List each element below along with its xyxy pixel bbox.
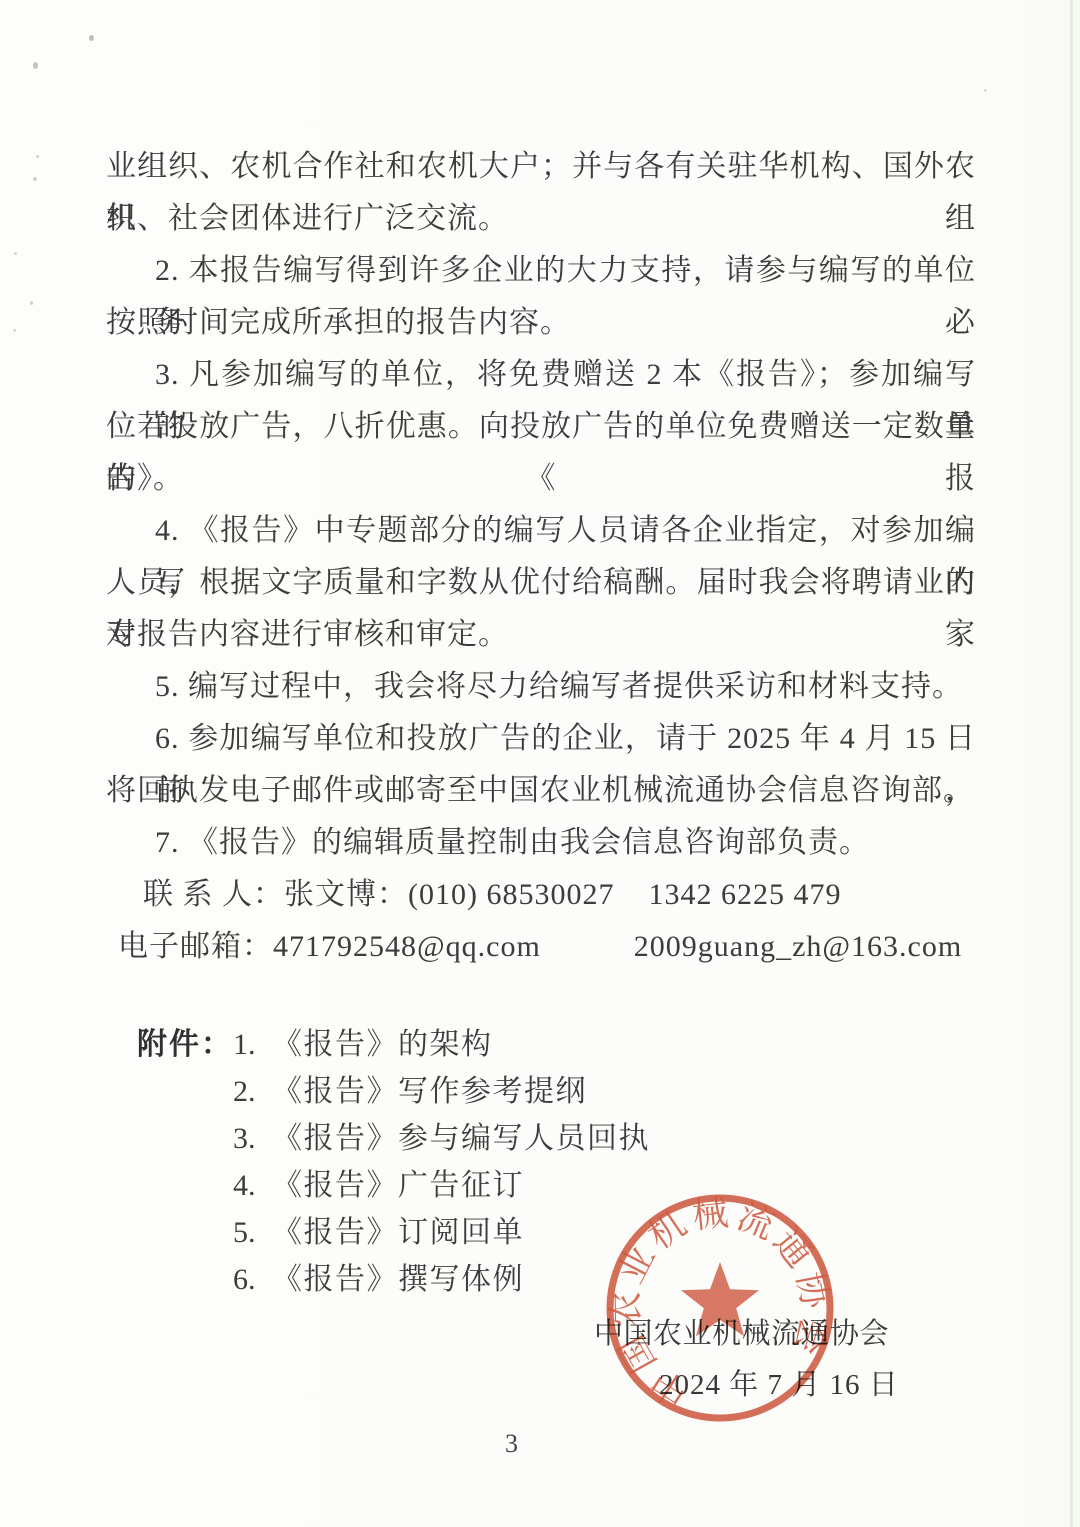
body-line: 5. 编写过程中，我会将尽力给编写者提供采访和材料支持。 [106, 661, 976, 713]
body-line: 2. 本报告编写得到许多企业的大力支持，请参与编写的单位务必 [106, 245, 976, 297]
attachment-number: 1. [233, 1021, 256, 1068]
attachment-title: 《报告》写作参考提纲 [272, 1068, 587, 1115]
body-line: 位若投放广告，八折优惠。向投放广告的单位免费赠送一定数量的《报 [106, 401, 976, 453]
scan-speck [89, 35, 94, 41]
attachment-title: 《报告》的架构 [272, 1021, 493, 1068]
attachments-label: 附件： [137, 1021, 233, 1068]
scan-speck [33, 177, 37, 181]
body-line: 业组织、农机合作社和农机大户；并与各有关驻华机构、国外农机组 [106, 141, 976, 193]
attachment-item: 附件：1.《报告》的架构 [106, 1021, 746, 1068]
body-line: 电子邮箱：471792548@qq.com 2009guang_zh@163.c… [106, 921, 976, 973]
attachment-title: 《报告》参与编写人员回执 [272, 1115, 650, 1162]
attachment-title: 《报告》撰写体例 [272, 1256, 524, 1303]
scan-speck [984, 89, 987, 92]
body-line: 联 系 人：张文博：(010) 68530027 1342 6225 479 [106, 869, 976, 921]
seal-star-icon [681, 1262, 759, 1336]
scanned-document-page: 业组织、农机合作社和农机大户；并与各有关驻华机构、国外农机组织、社会团体进行广泛… [0, 0, 1080, 1527]
attachment-number: 5. [233, 1209, 256, 1256]
scan-speck [36, 155, 39, 158]
body-line: 人员，根据文字质量和字数从优付给稿酬。届时我会将聘请业内专家 [106, 557, 976, 609]
attachment-item: 2.《报告》写作参考提纲 [106, 1068, 746, 1115]
body-line: 3. 凡参加编写的单位，将免费赠送 2 本《报告》；参加编写的单 [106, 349, 976, 401]
attachment-number: 6. [233, 1256, 256, 1303]
page-number: 3 [505, 1429, 518, 1459]
body-line: 4. 《报告》中专题部分的编写人员请各企业指定，对参加编写的 [106, 505, 976, 557]
body-text: 业组织、农机合作社和农机大户；并与各有关驻华机构、国外农机组织、社会团体进行广泛… [106, 141, 976, 973]
scan-speck [13, 329, 16, 332]
attachment-title: 《报告》广告征订 [272, 1162, 524, 1209]
scan-speck [14, 252, 17, 255]
scan-edge-line [1070, 0, 1073, 1527]
attachment-title: 《报告》订阅回单 [272, 1209, 524, 1256]
scan-speck [33, 62, 38, 69]
attachment-item: 3.《报告》参与编写人员回执 [106, 1115, 746, 1162]
attachment-number: 4. [233, 1162, 256, 1209]
official-seal: 中国农业机械流通协会 [601, 1189, 839, 1427]
scan-speck [30, 301, 33, 305]
attachment-number: 2. [233, 1068, 256, 1115]
body-line: 将回执发电子邮件或邮寄至中国农业机械流通协会信息咨询部。 [106, 765, 976, 817]
attachment-number: 3. [233, 1115, 256, 1162]
body-line: 7. 《报告》的编辑质量控制由我会信息咨询部负责。 [106, 817, 976, 869]
body-line: 6. 参加编写单位和投放广告的企业，请于 2025 年 4 月 15 日前， [106, 713, 976, 765]
